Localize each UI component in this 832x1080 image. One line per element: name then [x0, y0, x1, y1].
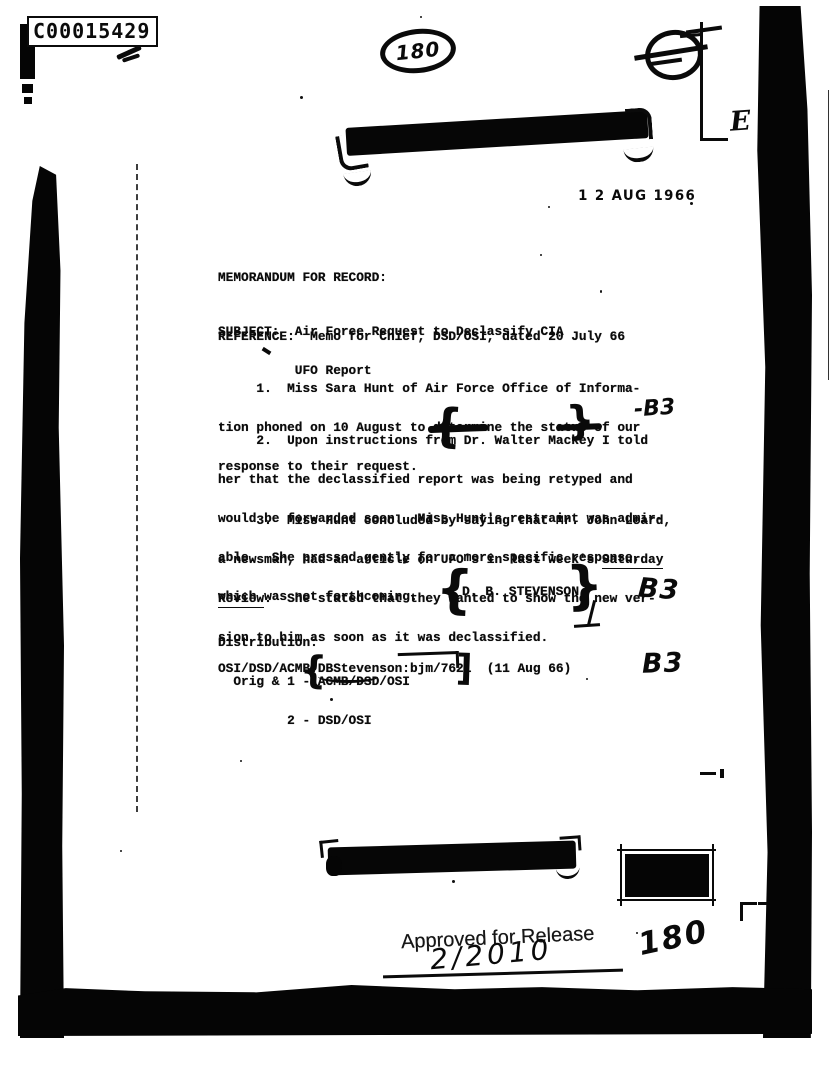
memo-reference: REFERENCE: Memo for Chief, DSD/OSI, date…: [218, 330, 625, 343]
noise-speck: [540, 254, 542, 256]
noise-speck: [586, 678, 588, 680]
noise-speck: [636, 932, 638, 934]
routing-bracket-close: ]: [455, 648, 473, 690]
pen-dash2: [720, 769, 724, 778]
b3-release-note: B3: [641, 647, 683, 679]
noise-speck: [548, 206, 550, 208]
scan-fold-line: [136, 164, 138, 812]
noise-speck: [452, 880, 455, 883]
pen-dash: [700, 772, 716, 775]
noise-speck: [240, 760, 242, 762]
para3-underlined-saturday: Saturday: [602, 552, 663, 569]
scan-edge-top-left-dots: [22, 84, 33, 93]
bottom-right-number: 180: [635, 913, 712, 963]
redaction-box-fill: [625, 854, 709, 897]
b3-paragraph-note: -B3: [633, 395, 676, 423]
para2-line: her that the declassified report was bei…: [218, 473, 663, 486]
circled-number-annotation: 180: [378, 25, 458, 77]
para3-underlined-review: Review: [218, 591, 264, 608]
corner-bracket-dash: [758, 902, 767, 905]
redaction-bracket-right: [625, 107, 653, 141]
doc-id-box: C00015429: [27, 16, 158, 47]
scan-edge-left-band: [20, 166, 64, 1038]
redaction-bracket-left2: [343, 170, 373, 188]
noise-speck: [300, 96, 303, 99]
signature-brace-right: }: [565, 555, 604, 616]
scan-edge-right-band: [755, 6, 812, 1038]
noise-speck: [120, 850, 122, 852]
scan-edge-bottom-band: [18, 984, 812, 1036]
para3-line2-pre: a newsman, had an article on UFO's in la…: [218, 552, 602, 567]
noise-speck: [690, 202, 693, 205]
redaction-box-top-rule: [617, 849, 716, 851]
margin-letter-e: E: [729, 105, 752, 137]
circled-number-text: 180: [394, 37, 441, 66]
routing-undercurl: [318, 670, 378, 683]
redaction-bar-upper: [345, 110, 648, 156]
para3-line: 3. Miss Hunt concluded by saying that Mr…: [218, 514, 671, 527]
corner-bracket-mark: [740, 902, 757, 921]
b3-signature-note: B3: [637, 573, 680, 607]
signature-name: D. B. STEVENSON: [462, 585, 579, 598]
noise-speck: [600, 290, 602, 293]
routing-overbracket: [398, 651, 460, 670]
redaction2-blob: [326, 856, 342, 876]
redaction-box-left-rule: [620, 844, 622, 906]
redaction-bracket-left: [335, 132, 369, 172]
pen-bracket-close: }: [565, 397, 596, 444]
redaction-box-right-rule: [712, 844, 714, 906]
memo-heading: MEMORANDUM FOR RECORD:: [218, 271, 387, 284]
redaction2-bracket-right2: [556, 865, 581, 880]
redaction2-bracket-right: [560, 835, 582, 851]
redaction-bar-lower: [328, 841, 577, 876]
routing-line: OSI/DSD/ACMB:DBStevenson:bjm/7621 (11 Au…: [218, 662, 571, 675]
approval-underline: [383, 969, 623, 979]
scan-right-hairline: [828, 90, 829, 380]
date-stamp: 1 2 AUG 1966: [578, 188, 696, 204]
para1-line: 1. Miss Sara Hunt of Air Force Office of…: [218, 382, 640, 395]
noise-speck: [330, 698, 333, 701]
distribution-line: 2 - DSD/OSI: [218, 714, 410, 727]
noise-speck: [420, 562, 422, 564]
scanned-memo-page: C00015429 180 E 1 2 AUG 1966 MEMORANDUM …: [0, 0, 832, 1080]
redaction2-bracket-left: [319, 839, 340, 858]
margin-bracket-vertical: [700, 22, 703, 140]
scan-edge-top-left-dots2: [24, 97, 32, 104]
doc-id: C00015429: [33, 19, 150, 43]
noise-speck: [420, 16, 422, 18]
margin-bracket-foot: [700, 138, 728, 141]
redaction-box-bottom-rule: [617, 899, 716, 901]
redaction-bracket-right2: [623, 146, 654, 163]
